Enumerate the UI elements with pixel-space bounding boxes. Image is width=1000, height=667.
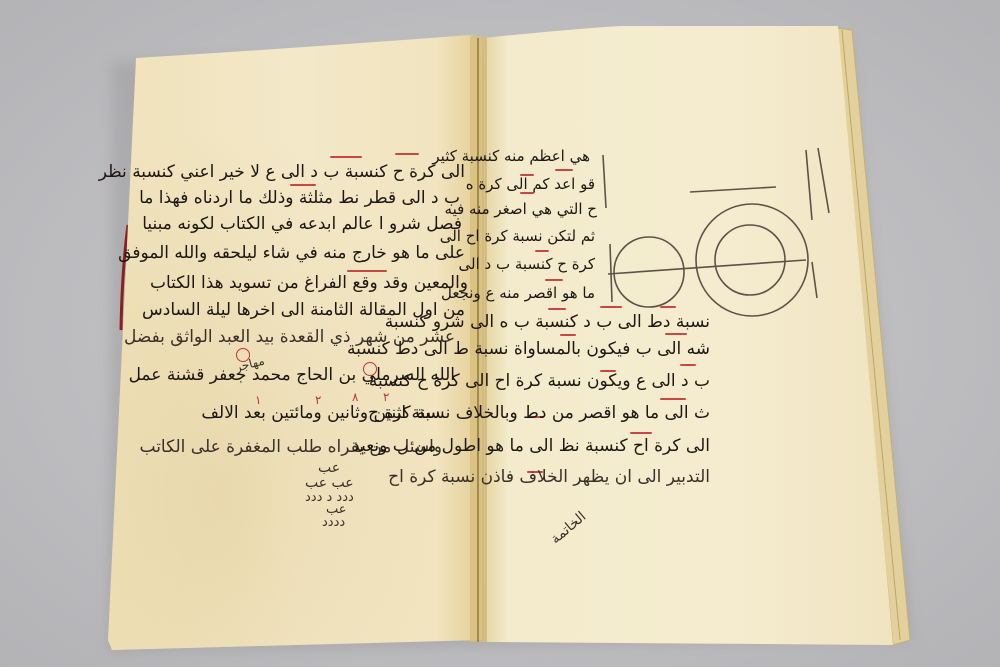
left-line-3: فصل شرو ا عالم ابدعه في الكتاب لكونه مبن…: [142, 214, 462, 234]
right-line-4: ثم لتكن نسبة كرة اح الى: [440, 226, 595, 246]
right-line-8: شه الى ب فيكون بالمساواة نسبة ط الى دط ك…: [347, 339, 710, 359]
right-line-2: قو اعد كم الى كرة ه: [466, 174, 595, 194]
left-line-4: على ما هو خارج منه في شاء ليلحقه والله ا…: [118, 243, 465, 263]
right-line-11: الى كرة اح كنسبة نظ الى ما هو اطول من ب …: [352, 436, 710, 456]
right-line-6: ما هو اقصر منه ع ونجعل: [441, 283, 595, 303]
right-line-10: ث الى ما هو اقصر من دط وبالخلاف نسبة كرة…: [368, 403, 710, 423]
left-line-1: الى كرة ح كنسبة ب د الى ع لا خير اعني كن…: [99, 162, 465, 182]
right-line-7: نسبة دط الى ب د كنسبة ب ه الى شرو كنسبة: [385, 312, 710, 332]
manuscript-photo: الى كرة ح كنسبة ب د الى ع لا خير اعني كن…: [0, 0, 1000, 667]
right-line-9: ب د الى ع ويكون نسبة كرة اح الى كرة ح كن…: [369, 371, 710, 391]
red-numeral: ٢: [383, 390, 389, 404]
right-page: [484, 26, 893, 645]
right-line-5: كرة ح كنسبة ب د الى: [459, 254, 595, 274]
right-line-3: ح التي هي اصغر منه فيه: [445, 199, 597, 219]
right-line-1: هي اعظم منه كنسبة كثير: [432, 146, 590, 166]
left-line-5: والمعين وقد وقع الفراغ من تسويد هذا الكت…: [150, 273, 468, 293]
left-line-2: ب د الى قطر نط مثلثة وذلك ما اردناه فهذا…: [139, 188, 460, 208]
right-line-12: التدبير الى ان يظهر الخلاف فاذن نسبة كرة…: [388, 467, 710, 487]
red-numeral: ٨: [352, 390, 358, 404]
